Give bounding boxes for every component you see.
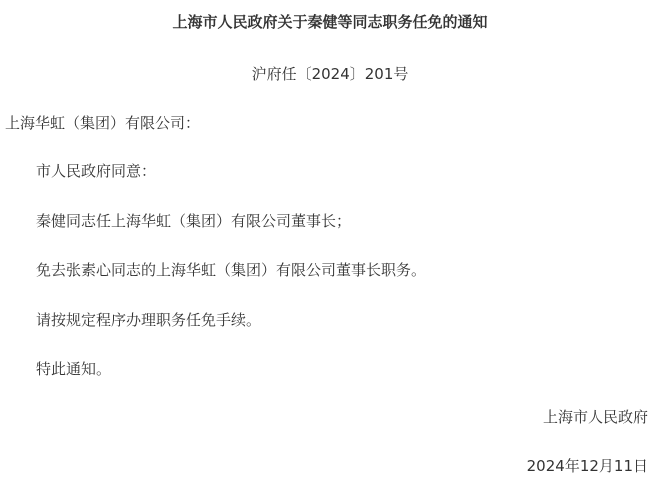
document-title: 上海市人民政府关于秦健等同志职务任免的通知: [0, 12, 660, 32]
issuer-signature: 上海市人民政府: [543, 407, 648, 427]
paragraph-procedure: 请按规定程序办理职务任免手续。: [36, 310, 261, 330]
issue-date: 2024年12月11日: [527, 456, 648, 476]
document-number: 沪府任〔2024〕201号: [0, 64, 660, 84]
paragraph-appointment: 秦健同志任上海华虹（集团）有限公司董事长；: [36, 211, 351, 231]
addressee: 上海华虹（集团）有限公司：: [5, 113, 200, 133]
paragraph-closing: 特此通知。: [36, 359, 111, 379]
paragraph-removal: 免去张素心同志的上海华虹（集团）有限公司董事长职务。: [36, 260, 426, 280]
paragraph-approval: 市人民政府同意：: [36, 161, 156, 181]
